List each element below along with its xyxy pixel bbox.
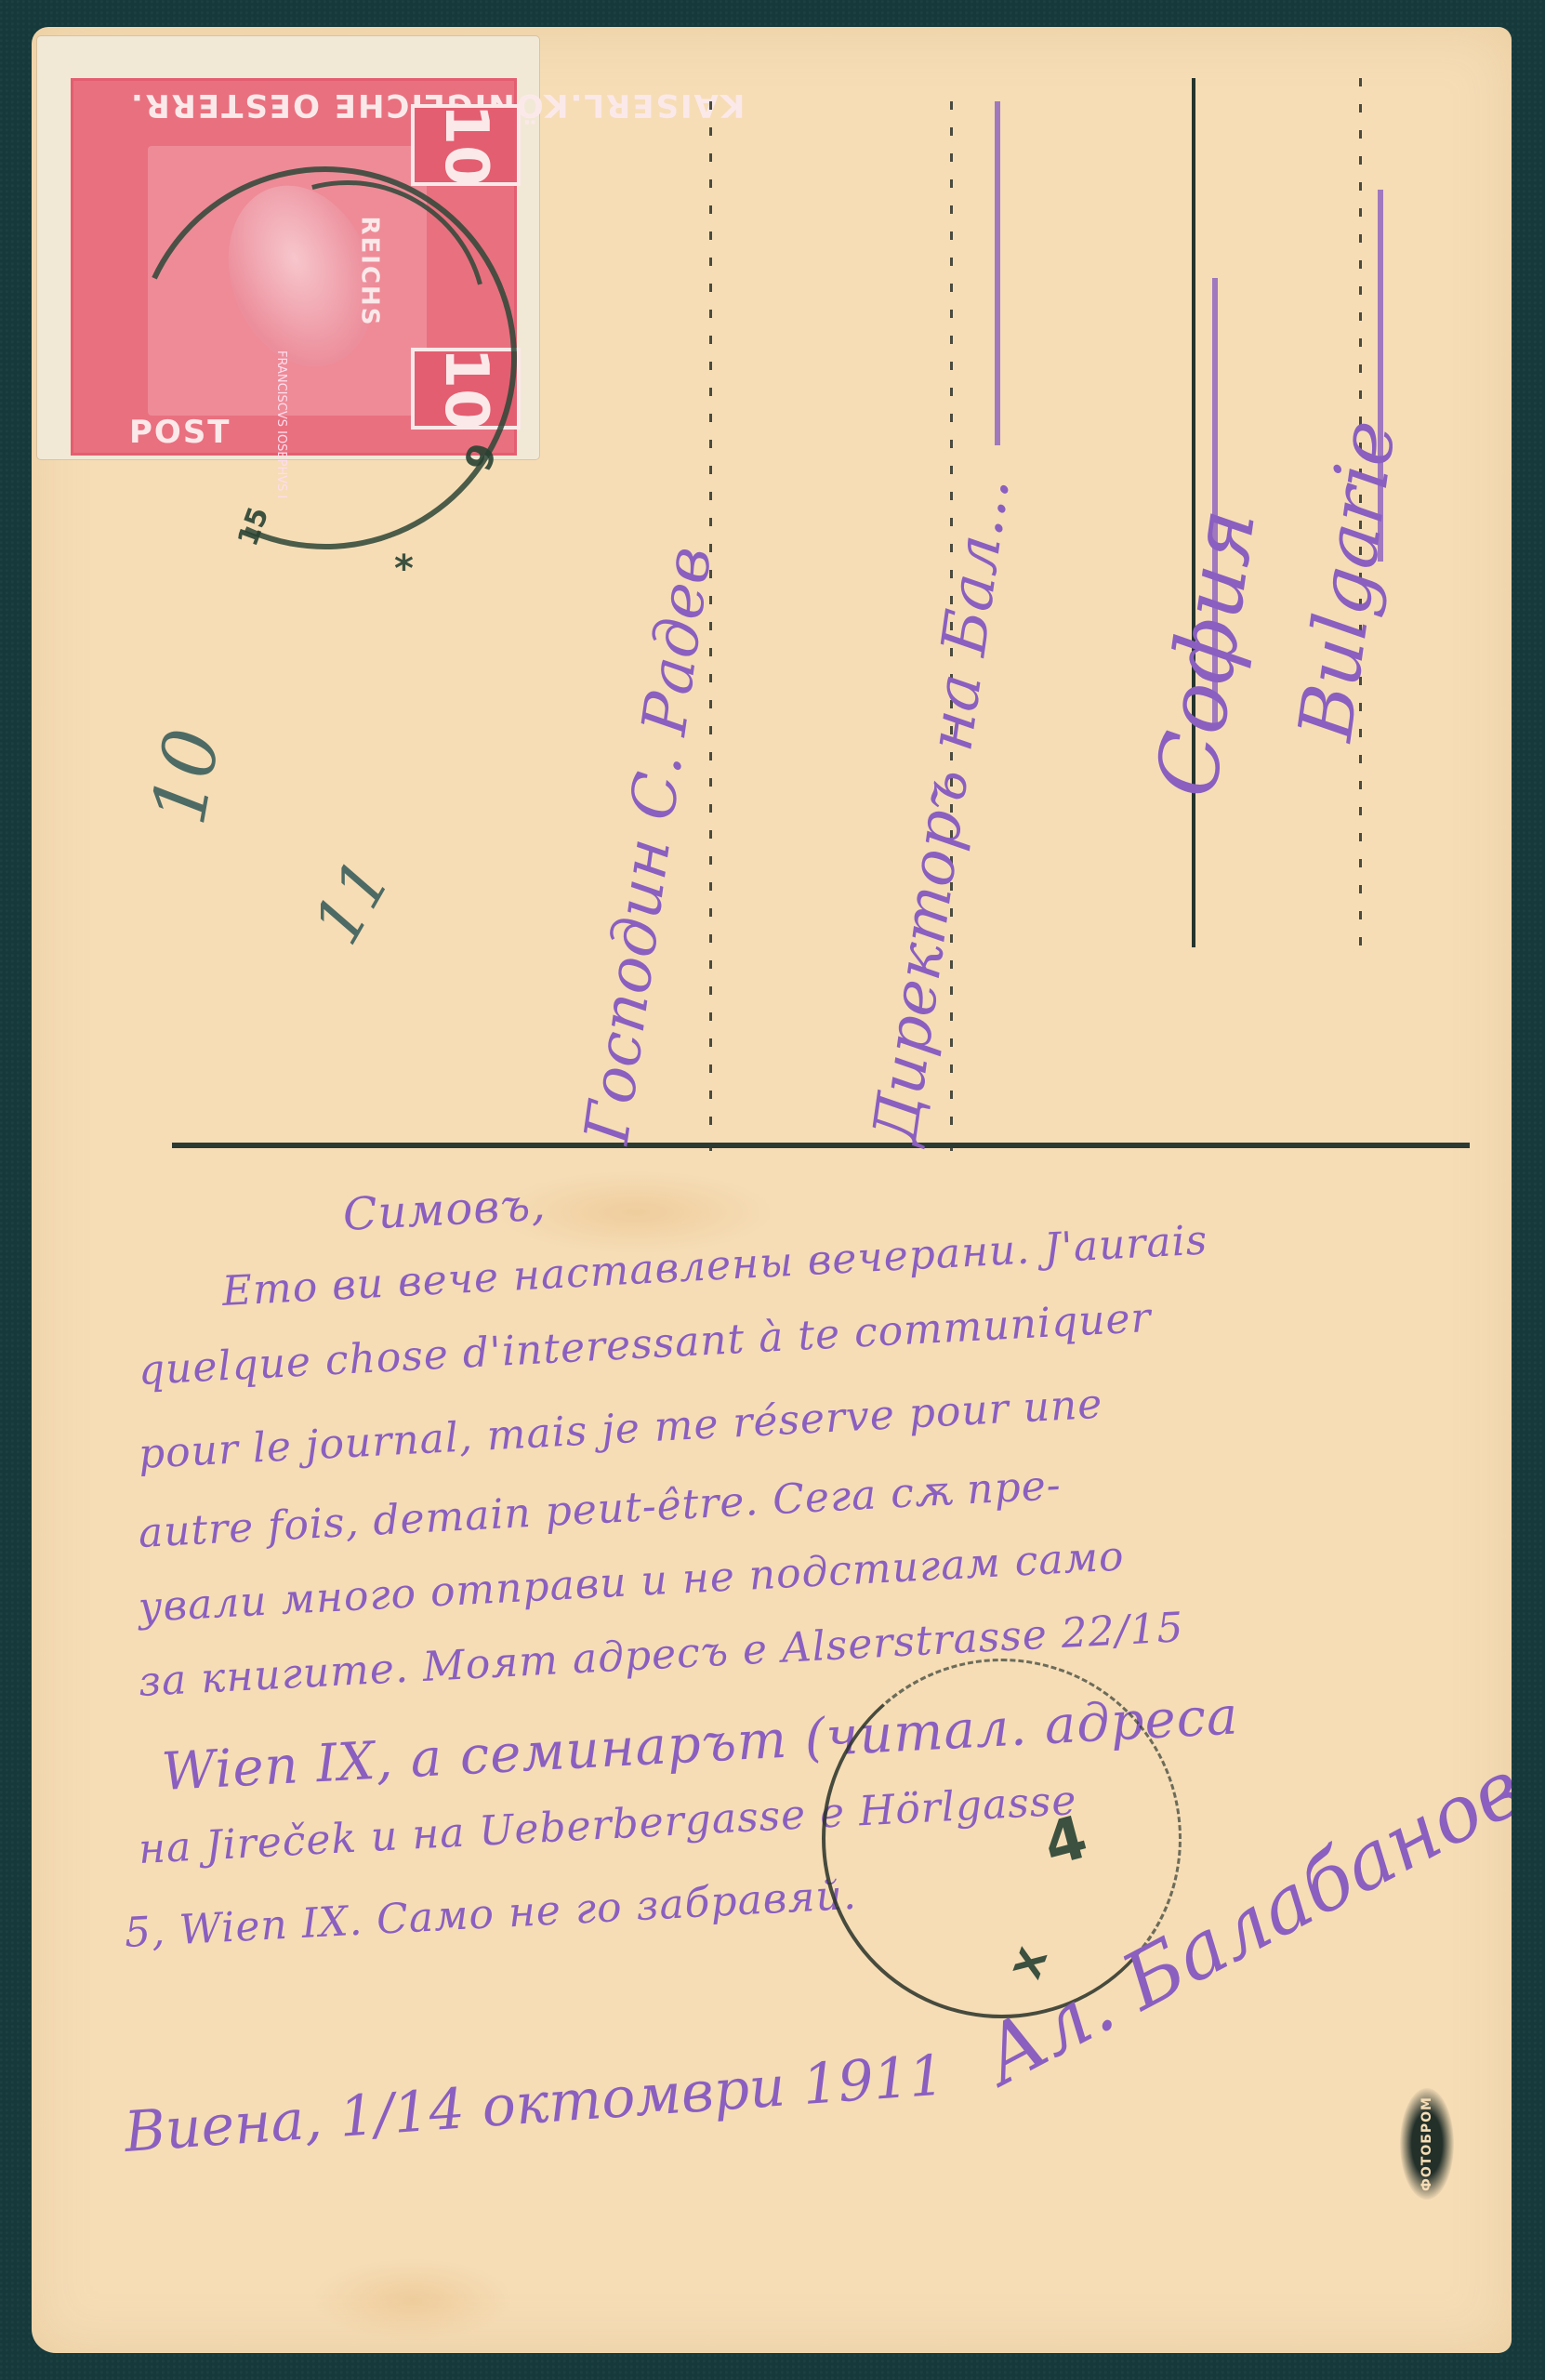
postcard-back: KAISERL.KÖNIGLICHE OESTERR. POST REICHS … <box>32 27 1512 2353</box>
address-line-1: Господин С. Радев <box>571 542 725 1147</box>
address-line-2: Директоръ на Бал... <box>859 472 1023 1148</box>
address-line-4: Bulgarie <box>1282 415 1412 746</box>
address-underline-1 <box>995 101 1000 445</box>
address-underline-2 <box>1212 278 1218 724</box>
message-divider-line <box>172 1143 1470 1148</box>
message-line-3: pour le journal, mais je me réserve pour… <box>138 1381 1104 1478</box>
pencil-note-11: 11 <box>298 847 406 957</box>
publisher-logo-text: ФОТОБРОМ <box>1420 2096 1434 2191</box>
address-line-3: София <box>1138 503 1274 803</box>
publisher-logo-icon: ФОТОБРОМ <box>1400 2088 1454 2200</box>
paper-stain <box>310 2258 515 2342</box>
dateline: Виена, 1/14 октомври 1911 <box>123 2043 947 2164</box>
stamp-denomination-top: 10 <box>411 104 521 186</box>
message-salutation: Симовъ, <box>342 1179 548 1241</box>
pencil-note-10: 10 <box>135 722 236 830</box>
postmark-star: * <box>394 548 414 590</box>
message-line-9: 5, Wien IX. Само не го забравяй. <box>124 1871 858 1957</box>
address-underline-3 <box>1378 190 1383 562</box>
